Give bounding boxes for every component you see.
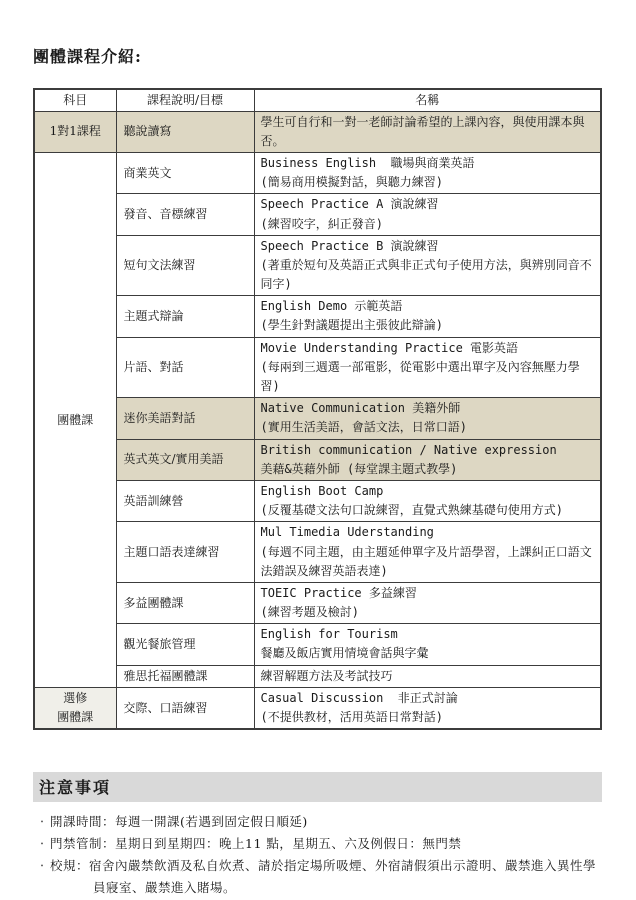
bullet-glyph: ‧	[40, 855, 50, 877]
table-row: 主題式辯論English Demo 示範英語 (學生針對議題提出主張彼此辯論)	[34, 296, 601, 337]
name-cell: Speech Practice B 演說練習 (著重於短句及英語正式與非正式句子…	[254, 235, 601, 296]
name-cell: 學生可自行和一對一老師討論希望的上課內容，與使用課本與否。	[254, 111, 601, 152]
table-row: 主題口語表達練習Mul Timedia Uderstanding (每週不同主題…	[34, 522, 601, 583]
table-row: 短句文法練習Speech Practice B 演說練習 (著重於短句及英語正式…	[34, 235, 601, 296]
course-table-body: 1對1課程聽說讀寫學生可自行和一對一老師討論希望的上課內容，與使用課本與否。團體…	[34, 111, 601, 729]
note-item: ‧開課時間：每週一開課(若遇到固定假日順延)	[33, 811, 602, 833]
table-row: 發音、音標練習Speech Practice A 演說練習 (練習咬字，糾正發音…	[34, 194, 601, 235]
course-cell: 多益團體課	[116, 582, 254, 623]
subject-cell: 選修 團體課	[34, 687, 116, 729]
name-cell: Movie Understanding Practice 電影英語 (每兩到三週…	[254, 337, 601, 398]
page-title: 團體課程介紹:	[33, 44, 602, 67]
column-header: 名稱	[254, 89, 601, 111]
course-cell: 主題口語表達練習	[116, 522, 254, 583]
table-row: 1對1課程聽說讀寫學生可自行和一對一老師討論希望的上課內容，與使用課本與否。	[34, 111, 601, 152]
name-cell: English Boot Camp (反覆基礎文法句口說練習，直覺式熟練基礎句使…	[254, 480, 601, 521]
course-cell: 商業英文	[116, 152, 254, 193]
name-cell: Mul Timedia Uderstanding (每週不同主題，由主題延伸單字…	[254, 522, 601, 583]
name-cell: Casual Discussion 非正式討論 (不提供教材，活用英語日常對話)	[254, 687, 601, 729]
name-cell: 練習解題方法及考試技巧	[254, 665, 601, 687]
notes-section: 注意事項 ‧開課時間：每週一開課(若遇到固定假日順延)‧門禁管制：星期日到星期四…	[33, 772, 602, 899]
note-text: 門禁管制：星期日到星期四：晚上11 點，星期五、六及例假日：無門禁	[50, 836, 461, 851]
name-cell: Speech Practice A 演說練習 (練習咬字，糾正發音)	[254, 194, 601, 235]
name-cell: British communication / Native expressio…	[254, 439, 601, 480]
table-row: 英式英文/實用美語British communication / Native …	[34, 439, 601, 480]
bullet-glyph: ‧	[40, 811, 50, 833]
column-header: 科目	[34, 89, 116, 111]
course-cell: 聽說讀寫	[116, 111, 254, 152]
notes-heading: 注意事項	[39, 778, 111, 797]
note-item: ‧校規：宿舍內嚴禁飲酒及私自炊煮、請於指定場所吸煙、外宿請假須出示證明、嚴禁進入…	[33, 855, 602, 899]
document-page: 團體課程介紹: 科目課程說明/目標名稱 1對1課程聽說讀寫學生可自行和一對一老師…	[0, 0, 636, 900]
table-row: 團體課商業英文Business English 職場與商業英語 (簡易商用模擬對…	[34, 152, 601, 193]
name-cell: English Demo 示範英語 (學生針對議題提出主張彼此辯論)	[254, 296, 601, 337]
course-cell: 雅思托福團體課	[116, 665, 254, 687]
column-header: 課程說明/目標	[116, 89, 254, 111]
name-cell: Business English 職場與商業英語 (簡易商用模擬對話，與聽力練習…	[254, 152, 601, 193]
course-cell: 片語、對話	[116, 337, 254, 398]
course-cell: 發音、音標練習	[116, 194, 254, 235]
subject-cell: 1對1課程	[34, 111, 116, 152]
table-row: 多益團體課TOEIC Practice 多益練習 (練習考題及檢討)	[34, 582, 601, 623]
table-row: 觀光餐旅管理English for Tourism 餐廳及飯店實用情境會話與字彙	[34, 624, 601, 665]
name-cell: TOEIC Practice 多益練習 (練習考題及檢討)	[254, 582, 601, 623]
table-row: 雅思托福團體課練習解題方法及考試技巧	[34, 665, 601, 687]
course-cell: 短句文法練習	[116, 235, 254, 296]
course-cell: 交際、口語練習	[116, 687, 254, 729]
name-cell: English for Tourism 餐廳及飯店實用情境會話與字彙	[254, 624, 601, 665]
notes-header-bar: 注意事項	[33, 772, 602, 802]
course-cell: 主題式辯論	[116, 296, 254, 337]
bullet-glyph: ‧	[40, 833, 50, 855]
subject-cell: 團體課	[34, 152, 116, 687]
course-cell: 英式英文/實用美語	[116, 439, 254, 480]
table-row: 迷你美語對話Native Communication 美籍外師 (實用生活美語，…	[34, 398, 601, 439]
course-cell: 英語訓練營	[116, 480, 254, 521]
course-table: 科目課程說明/目標名稱 1對1課程聽說讀寫學生可自行和一對一老師討論希望的上課內…	[33, 88, 602, 730]
note-item: ‧門禁管制：星期日到星期四：晚上11 點，星期五、六及例假日：無門禁	[33, 833, 602, 855]
table-row: 選修 團體課交際、口語練習Casual Discussion 非正式討論 (不提…	[34, 687, 601, 729]
course-cell: 觀光餐旅管理	[116, 624, 254, 665]
note-text: 校規：宿舍內嚴禁飲酒及私自炊煮、請於指定場所吸煙、外宿請假須出示證明、嚴禁進入異…	[50, 858, 596, 895]
table-header-row: 科目課程說明/目標名稱	[34, 89, 601, 111]
course-cell: 迷你美語對話	[116, 398, 254, 439]
notes-list: ‧開課時間：每週一開課(若遇到固定假日順延)‧門禁管制：星期日到星期四：晚上11…	[33, 811, 602, 899]
name-cell: Native Communication 美籍外師 (實用生活美語，會話文法，日…	[254, 398, 601, 439]
table-row: 片語、對話Movie Understanding Practice 電影英語 (…	[34, 337, 601, 398]
table-row: 英語訓練營English Boot Camp (反覆基礎文法句口說練習，直覺式熟…	[34, 480, 601, 521]
note-text: 開課時間：每週一開課(若遇到固定假日順延)	[50, 814, 308, 829]
